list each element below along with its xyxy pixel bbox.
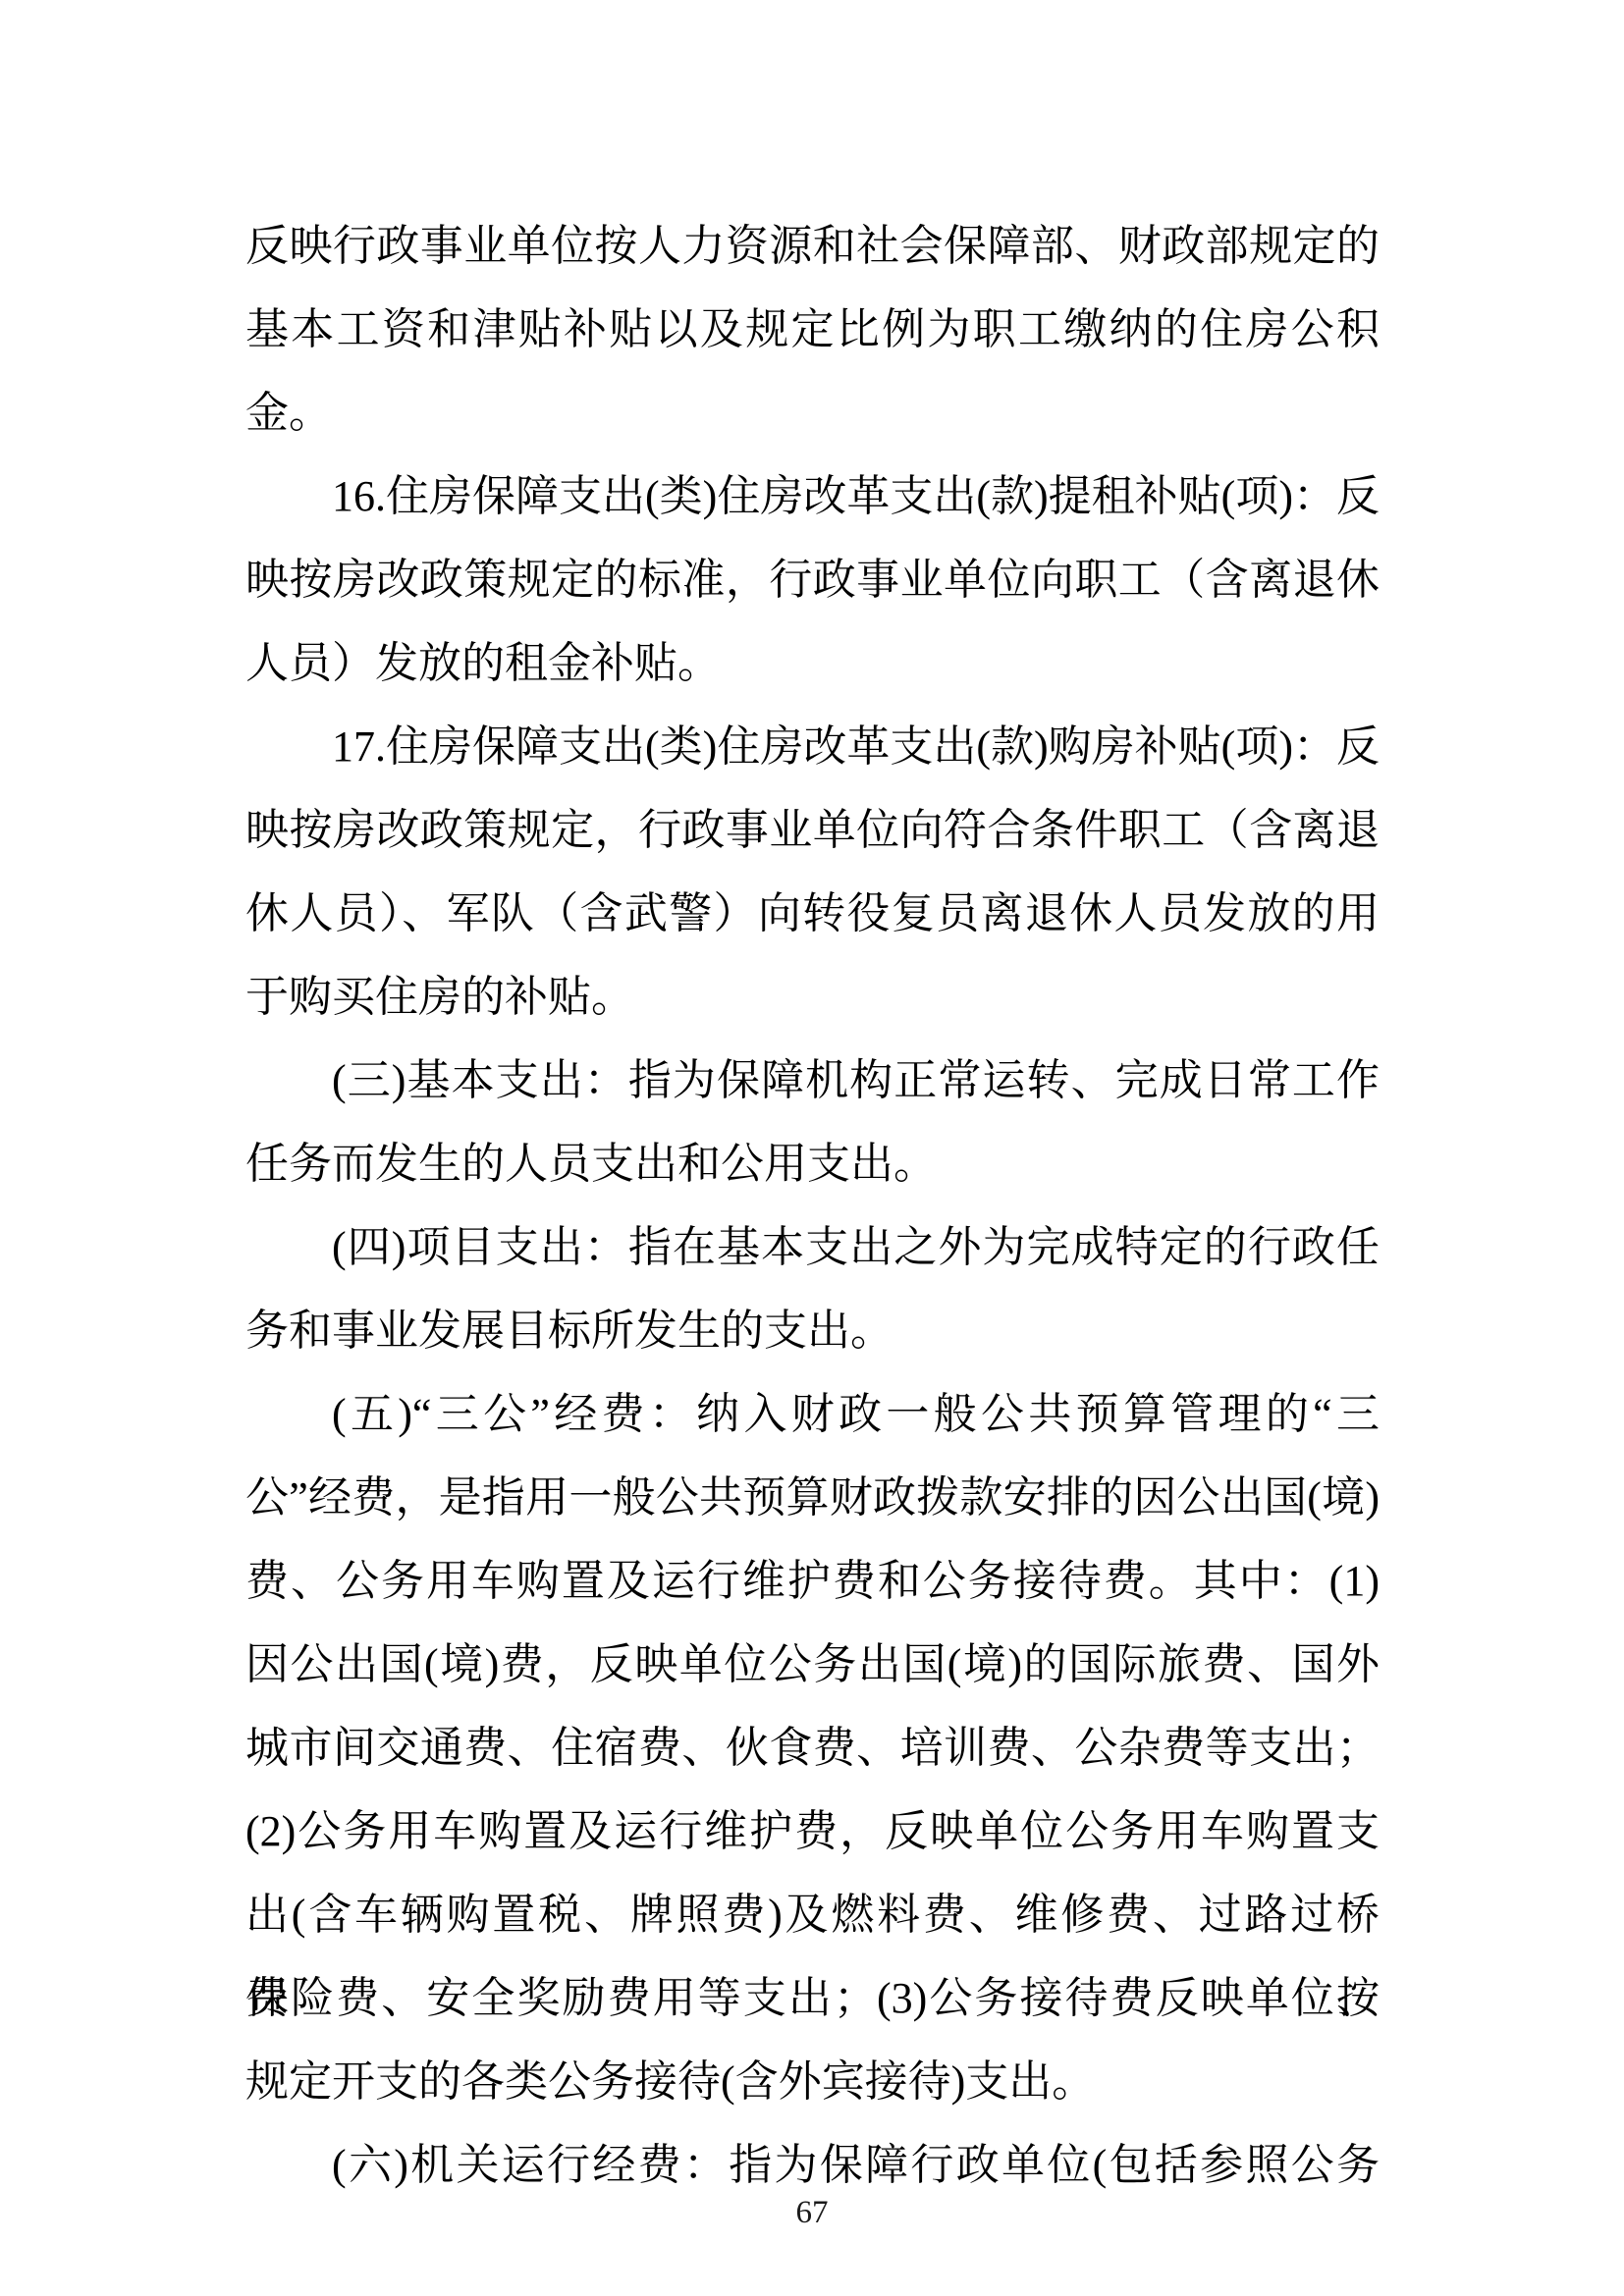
text-line: 休人员）、军队（含武警）向转役复员离退休人员发放的用 xyxy=(245,872,1380,955)
text-line: 于购买住房的补贴。 xyxy=(245,955,1380,1039)
text-line: 出(含车辆购置税、牌照费)及燃料费、维修费、过路过桥费、 xyxy=(245,1873,1380,1956)
text-line: 因公出国(境)费，反映单位公务出国(境)的国际旅费、国外 xyxy=(245,1623,1380,1706)
page-footer: 67 xyxy=(0,2191,1624,2235)
text-line: 费、公务用车购置及运行维护费和公务接待费。其中：(1) xyxy=(245,1539,1380,1623)
text-line: 人员）发放的租金补贴。 xyxy=(245,621,1380,705)
text-line: (四)项目支出：指在基本支出之外为完成特定的行政任 xyxy=(245,1205,1380,1289)
text-line: 17.住房保障支出(类)住房改革支出(款)购房补贴(项)：反 xyxy=(245,705,1380,788)
text-line: 映按房改政策规定，行政事业单位向符合条件职工（含离退 xyxy=(245,788,1380,872)
document-body: 反映行政事业单位按人力资源和社会保障部、财政部规定的基本工资和津贴补贴以及规定比… xyxy=(245,204,1380,2207)
text-line: (三)基本支出：指为保障机构正常运转、完成日常工作 xyxy=(245,1039,1380,1122)
page-number: 67 xyxy=(796,2195,829,2230)
text-line: 反映行政事业单位按人力资源和社会保障部、财政部规定的 xyxy=(245,204,1380,288)
text-line: 务和事业发展目标所发生的支出。 xyxy=(245,1289,1380,1372)
text-line: 任务而发生的人员支出和公用支出。 xyxy=(245,1122,1380,1205)
document-page: 反映行政事业单位按人力资源和社会保障部、财政部规定的基本工资和津贴补贴以及规定比… xyxy=(0,0,1624,2296)
text-line: (2)公务用车购置及运行维护费，反映单位公务用车购置支 xyxy=(245,1789,1380,1873)
text-line: 16.住房保障支出(类)住房改革支出(款)提租补贴(项)：反 xyxy=(245,454,1380,538)
text-line: 基本工资和津贴补贴以及规定比例为职工缴纳的住房公积 xyxy=(245,288,1380,371)
text-line: (五)“三公”经费：纳入财政一般公共预算管理的“三 xyxy=(245,1372,1380,1456)
text-line: 城市间交通费、住宿费、伙食费、培训费、公杂费等支出； xyxy=(245,1706,1380,1789)
text-line: 公”经费，是指用一般公共预算财政拨款安排的因公出国(境) xyxy=(245,1456,1380,1539)
text-line: 金。 xyxy=(245,371,1380,454)
text-line: 保险费、安全奖励费用等支出；(3)公务接待费反映单位按 xyxy=(245,1956,1380,2040)
text-line: 规定开支的各类公务接待(含外宾接待)支出。 xyxy=(245,2040,1380,2123)
text-line: 映按房改政策规定的标准，行政事业单位向职工（含离退休 xyxy=(245,538,1380,621)
